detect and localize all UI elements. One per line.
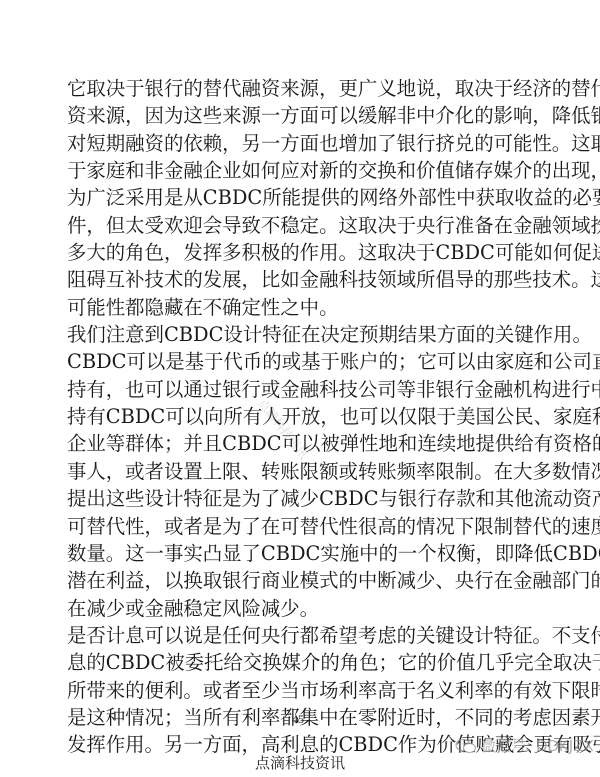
text-line: 数量。这一事实凸显了CBDC实施中的一个权衡，即降低CBDC的 [67,540,539,567]
text-line: 是否计息可以说是任何央行都希望考虑的关键设计特征。不支付利 [67,622,539,649]
text-line: CBDC可以是基于代币的或基于账户的；它可以由家庭和公司直接 [67,348,539,375]
text-line: 潜在利益，以换取银行商业模式的中断减少、央行在金融部门的存 [67,567,539,594]
text-line: 我们注意到CBDC设计特征在决定预期结果方面的关键作用。 [67,321,539,348]
body-text: 它取决于银行的替代融资来源，更广义地说，取决于经济的替代融 资来源，因为这些来源… [67,75,539,759]
text-line: 在减少或金融稳定风险减少。 [67,595,539,622]
document-page: 它取决于银行的替代融资来源，更广义地说，取决于经济的替代融 资来源，因为这些来源… [0,0,600,777]
text-line: 对短期融资的依赖，另一方面也增加了银行挤兑的可能性。这取决 [67,130,539,157]
text-line: 持有CBDC可以向所有人开放，也可以仅限于美国公民、家庭和小 [67,403,539,430]
text-line: 提出这些设计特征是为了减少CBDC与银行存款和其他流动资产的 [67,485,539,512]
page-number: 45 [292,712,304,727]
text-line: 于家庭和非金融企业如何应对新的交换和价值储存媒介的出现，因 [67,157,539,184]
text-line: 资来源，因为这些来源一方面可以缓解非中介化的影响，降低银行 [67,102,539,129]
text-line: 件，但太受欢迎会导致不稳定。这取决于央行准备在金融领域扮演 [67,212,539,239]
text-line: 多大的角色，发挥多积极的作用。这取决于CBDC可能如何促进或 [67,239,539,266]
footer-source-label: 点滴科技资讯 [0,752,600,773]
text-line: 可替代性，或者是为了在可替代性很高的情况下限制替代的速度或 [67,513,539,540]
text-line: 为广泛采用是从CBDC所能提供的网络外部性中获取收益的必要条 [67,184,539,211]
text-line: 持有，也可以通过银行或金融科技公司等非银行金融机构进行中介； [67,376,539,403]
text-line: 它取决于银行的替代融资来源，更广义地说，取决于经济的替代融 [67,75,539,102]
text-line: 阻碍互补技术的发展，比如金融科技领域所倡导的那些技术。这些 [67,266,539,293]
text-line: 息的CBDC被委托给交换媒介的角色；它的价值几乎完全取决于它 [67,649,539,676]
text-line: 事人，或者设置上限、转账限额或转账频率限制。在大多数情况下， [67,458,539,485]
text-line: 可能性都隐藏在不确定性之中。 [67,294,539,321]
text-line: 所带来的便利。或者至少当市场利率高于名义利率的有效下限时会 [67,677,539,704]
